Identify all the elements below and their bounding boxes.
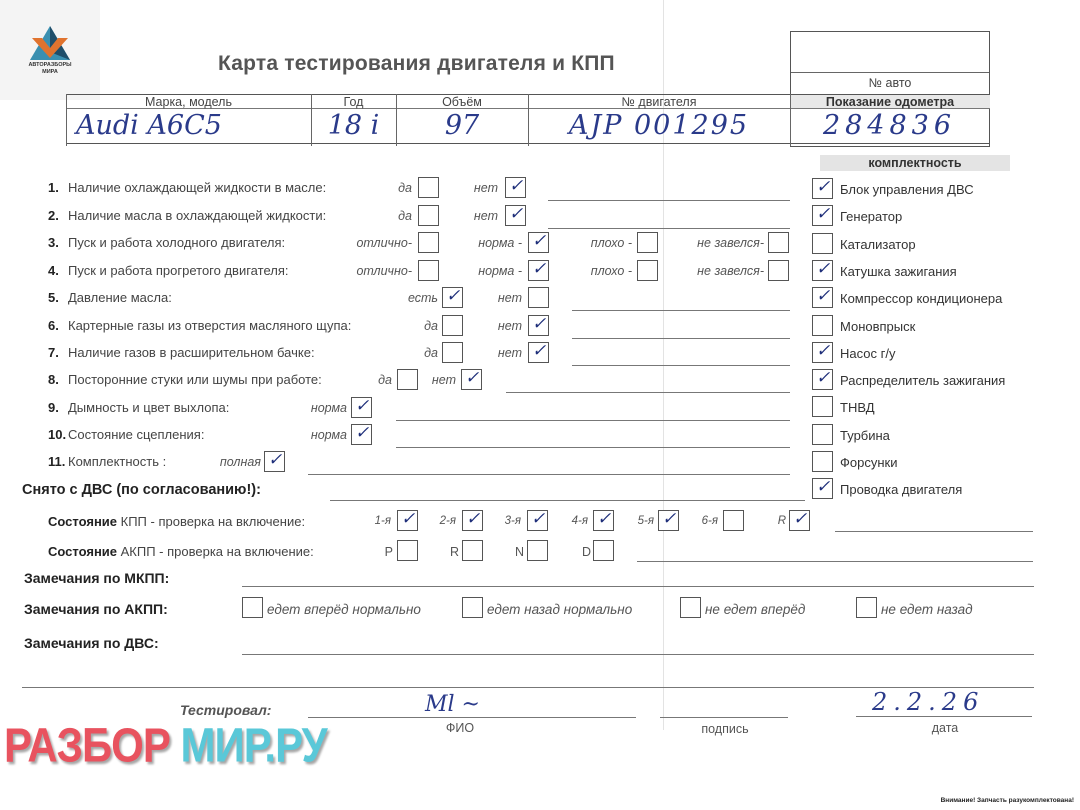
question-number: 4. <box>48 263 68 278</box>
option-checkbox[interactable]: ✓ <box>351 424 372 445</box>
signature-field[interactable] <box>660 717 788 718</box>
volume-value: 97 <box>396 109 528 144</box>
signature-label: подпись <box>690 722 760 736</box>
question-number: 5. <box>48 290 68 305</box>
check-mark-icon: ✓ <box>662 510 676 528</box>
check-mark-icon: ✓ <box>401 510 415 528</box>
date-field[interactable] <box>856 716 1032 717</box>
komplektnost-item-label: Компрессор кондиционера <box>840 291 1002 306</box>
question-text: Пуск и работа прогретого двигателя: <box>68 263 288 278</box>
akpp-remark-label: не едет назад <box>881 602 973 617</box>
question-row: 5.Давление масла: <box>48 290 172 305</box>
option-checkbox[interactable] <box>768 260 789 281</box>
gear-label: 6-я <box>702 515 718 527</box>
option-checkbox[interactable]: ✓ <box>528 342 549 363</box>
komplektnost-checkbox[interactable] <box>812 233 833 254</box>
akpp-position-label: N <box>515 545 524 559</box>
akpp-position-checkbox[interactable] <box>593 540 614 561</box>
akpp-remark-checkbox[interactable] <box>856 597 877 618</box>
akpp-remark-label: едет назад нормально <box>487 602 632 617</box>
akpp-check-label: Состояние АКПП - проверка на включение: <box>48 544 314 559</box>
question-text: Состояние сцепления: <box>68 427 204 442</box>
auto-number-label: № авто <box>791 76 989 90</box>
option-label: норма <box>311 401 347 415</box>
odometer-value: 284836 <box>790 109 990 144</box>
question-text: Дымность и цвет выхлопа: <box>68 400 229 415</box>
col-header-engine-no: № двигателя <box>528 94 790 109</box>
komplektnost-checkbox[interactable]: ✓ <box>812 287 833 308</box>
komplektnost-item-label: Проводка двигателя <box>840 482 962 497</box>
check-mark-icon: ✓ <box>268 451 282 469</box>
akpp-remarks-label: Замечания по АКПП: <box>24 601 168 617</box>
option-label: отлично- <box>356 236 412 250</box>
komplektnost-checkbox[interactable]: ✓ <box>812 478 833 499</box>
akpp-position-checkbox[interactable] <box>527 540 548 561</box>
option-label: нет <box>474 181 498 195</box>
question-row: 1.Наличие охлаждающей жидкости в масле: <box>48 180 326 195</box>
watermark-part1: РАЗБОР <box>4 718 170 772</box>
option-checkbox[interactable] <box>442 342 463 363</box>
question-row: 6.Картерные газы из отверстия масляного … <box>48 318 351 333</box>
check-mark-icon: ✓ <box>509 177 523 195</box>
option-checkbox[interactable]: ✓ <box>528 315 549 336</box>
vehicle-header-table: Марка, модель Год Объём № двигателя Пока… <box>66 94 990 146</box>
gear-checkbox[interactable]: ✓ <box>789 510 810 531</box>
check-mark-icon: ✓ <box>532 342 546 360</box>
komplektnost-checkbox[interactable]: ✓ <box>812 205 833 226</box>
option-label: нет <box>498 291 522 305</box>
question-text: Наличие газов в расширительном бачке: <box>68 345 315 360</box>
option-label: да <box>378 373 392 387</box>
question-notes-field[interactable] <box>396 420 790 421</box>
komplektnost-item-label: Турбина <box>840 428 890 443</box>
akpp-position-checkbox[interactable] <box>397 540 418 561</box>
question-text: Пуск и работа холодного двигателя: <box>68 235 285 250</box>
option-label: норма - <box>478 264 522 278</box>
check-mark-icon: ✓ <box>793 510 807 528</box>
akpp-remark-checkbox[interactable] <box>462 597 483 618</box>
komplektnost-checkbox[interactable]: ✓ <box>812 369 833 390</box>
gear-label: 3-я <box>505 515 521 527</box>
option-label: норма - <box>478 236 522 250</box>
question-notes-field[interactable] <box>506 392 790 393</box>
akpp-position-checkbox[interactable] <box>462 540 483 561</box>
tested-by-label: Тестировал: <box>180 702 271 718</box>
check-mark-icon: ✓ <box>816 342 830 360</box>
question-number: 7. <box>48 345 68 360</box>
komplektnost-item-label: Блок управления ДВС <box>840 182 974 197</box>
gear-label: R <box>778 515 786 527</box>
gear-checkbox[interactable]: ✓ <box>462 510 483 531</box>
check-mark-icon: ✓ <box>531 510 545 528</box>
question-text: Наличие масла в охлаждающей жидкости: <box>68 208 326 223</box>
komplektnost-item-label: Моновпрыск <box>840 319 915 334</box>
question-number: 9. <box>48 400 68 415</box>
question-row: 4.Пуск и работа прогретого двигателя: <box>48 263 288 278</box>
check-mark-icon: ✓ <box>446 287 460 305</box>
option-label: норма <box>311 428 347 442</box>
akpp-position-label: R <box>450 545 459 559</box>
option-checkbox[interactable] <box>637 260 658 281</box>
gear-checkbox[interactable]: ✓ <box>527 510 548 531</box>
col-header-volume: Объём <box>396 94 528 109</box>
page-title: Карта тестирования двигателя и КПП <box>218 52 615 76</box>
option-checkbox[interactable]: ✓ <box>528 232 549 253</box>
question-notes-field[interactable] <box>572 338 790 339</box>
check-mark-icon: ✓ <box>532 260 546 278</box>
option-label: есть <box>408 291 438 305</box>
gear-checkbox[interactable] <box>723 510 744 531</box>
question-number: 1. <box>48 180 68 195</box>
akpp-position-label: D <box>582 545 591 559</box>
komplektnost-checkbox[interactable] <box>812 451 833 472</box>
logo-text-line1: АВТОРАЗБОРЫ <box>0 62 100 69</box>
question-row: 9.Дымность и цвет выхлопа: <box>48 400 229 415</box>
check-mark-icon: ✓ <box>355 397 369 415</box>
col-header-year: Год <box>311 94 396 109</box>
date-label: дата <box>915 721 975 735</box>
question-text: Комплектность : <box>68 454 166 469</box>
komplektnost-title: комплектность <box>820 155 1010 171</box>
option-label: да <box>398 181 412 195</box>
mkpp-remarks-field[interactable] <box>242 586 1034 587</box>
komplektnost-item-label: Насос г/у <box>840 346 895 361</box>
question-row: 2.Наличие масла в охлаждающей жидкости: <box>48 208 326 223</box>
check-mark-icon: ✓ <box>532 232 546 250</box>
col-header-odometer: Показание одометра <box>790 94 990 109</box>
check-mark-icon: ✓ <box>509 205 523 223</box>
fio-field[interactable] <box>308 717 636 718</box>
komplektnost-checkbox[interactable]: ✓ <box>812 178 833 199</box>
col-header-model: Марка, модель <box>66 94 311 109</box>
question-row: 10.Состояние сцепления: <box>48 427 204 442</box>
logo-text-line2: МИРА <box>0 69 100 76</box>
komplektnost-checkbox[interactable]: ✓ <box>812 260 833 281</box>
komplektnost-item-label: Форсунки <box>840 455 897 470</box>
option-label: не завелся- <box>697 264 764 278</box>
option-checkbox[interactable] <box>768 232 789 253</box>
option-checkbox[interactable] <box>418 205 439 226</box>
option-checkbox[interactable]: ✓ <box>351 397 372 418</box>
option-label: да <box>398 209 412 223</box>
question-number: 10. <box>48 427 68 442</box>
question-text: Посторонние стуки или шумы при работе: <box>68 372 322 387</box>
akpp-remark-checkbox[interactable] <box>242 597 263 618</box>
option-checkbox[interactable] <box>418 232 439 253</box>
gear-label: 2-я <box>440 515 456 527</box>
option-checkbox[interactable]: ✓ <box>264 451 285 472</box>
option-label: отлично- <box>356 264 412 278</box>
question-text: Наличие охлаждающей жидкости в масле: <box>68 180 326 195</box>
engine-number-value: AJP 001295 <box>528 109 790 144</box>
removed-from-engine-field[interactable] <box>330 500 805 501</box>
question-notes-field[interactable] <box>572 310 790 311</box>
komplektnost-checkbox[interactable] <box>812 396 833 417</box>
option-label: полная <box>220 455 261 469</box>
option-checkbox[interactable]: ✓ <box>505 177 526 198</box>
gear-label: 4-я <box>572 515 588 527</box>
komplektnost-checkbox[interactable]: ✓ <box>812 342 833 363</box>
check-mark-icon: ✓ <box>816 369 830 387</box>
gear-checkbox[interactable]: ✓ <box>658 510 679 531</box>
fio-label: ФИО <box>430 721 490 735</box>
model-value: Audi A6C5 <box>66 109 311 144</box>
option-checkbox[interactable] <box>528 287 549 308</box>
check-mark-icon: ✓ <box>466 510 480 528</box>
option-checkbox[interactable] <box>418 177 439 198</box>
question-number: 11. <box>48 454 68 469</box>
removed-from-engine-label: Снято с ДВС (по согласованию!): <box>22 482 261 498</box>
gear-checkbox[interactable]: ✓ <box>397 510 418 531</box>
watermark-part2: МИР.РУ <box>181 718 327 772</box>
fio-value: Ml ~ <box>425 692 480 717</box>
mkpp-remarks-label: Замечания по МКПП: <box>24 570 169 586</box>
check-mark-icon: ✓ <box>355 424 369 442</box>
question-text: Картерные газы из отверстия масляного щу… <box>68 318 351 333</box>
gear-label: 1-я <box>375 515 391 527</box>
akpp-remark-label: не едет вперёд <box>705 602 805 617</box>
check-mark-icon: ✓ <box>816 478 830 496</box>
option-checkbox[interactable] <box>442 315 463 336</box>
kpp-notes-field[interactable] <box>835 531 1033 532</box>
kpp-check-label: Состояние КПП - проверка на включение: <box>48 514 305 529</box>
akpp-position-label: P <box>385 545 393 559</box>
question-number: 2. <box>48 208 68 223</box>
option-label: плохо - <box>591 236 632 250</box>
option-label: не завелся- <box>697 236 764 250</box>
question-row: 8.Посторонние стуки или шумы при работе: <box>48 372 322 387</box>
komplektnost-item-label: ТНВД <box>840 400 875 415</box>
date-value: 2.2.26 <box>872 688 984 716</box>
komplektnost-item-label: Генератор <box>840 209 902 224</box>
check-mark-icon: ✓ <box>816 260 830 278</box>
dvs-remarks-field[interactable] <box>242 654 1034 655</box>
question-number: 3. <box>48 235 68 250</box>
option-label: нет <box>498 319 522 333</box>
check-mark-icon: ✓ <box>816 178 830 196</box>
check-mark-icon: ✓ <box>465 369 479 387</box>
option-checkbox[interactable] <box>397 369 418 390</box>
year-value: 18 i <box>311 109 396 144</box>
logo-mountain-icon <box>28 24 72 62</box>
check-mark-icon: ✓ <box>816 287 830 305</box>
footer-warning: Внимание! Запчасть разукомплектована! <box>941 797 1074 804</box>
option-checkbox[interactable] <box>637 232 658 253</box>
komplektnost-item-label: Катализатор <box>840 237 916 252</box>
option-label: плохо - <box>591 264 632 278</box>
check-mark-icon: ✓ <box>816 205 830 223</box>
option-label: нет <box>432 373 456 387</box>
option-checkbox[interactable]: ✓ <box>461 369 482 390</box>
akpp-remark-checkbox[interactable] <box>680 597 701 618</box>
option-label: да <box>424 346 438 360</box>
question-row: 3.Пуск и работа холодного двигателя: <box>48 235 285 250</box>
gear-checkbox[interactable]: ✓ <box>593 510 614 531</box>
question-notes-field[interactable] <box>548 228 790 229</box>
question-row: 11.Комплектность : <box>48 454 166 469</box>
question-number: 8. <box>48 372 68 387</box>
option-label: нет <box>474 209 498 223</box>
akpp-notes-field[interactable] <box>637 561 1033 562</box>
komplektnost-item-label: Распределитель зажигания <box>840 373 1005 388</box>
option-checkbox[interactable]: ✓ <box>528 260 549 281</box>
akpp-remark-label: едет вперёд нормально <box>267 602 421 617</box>
company-logo: АВТОРАЗБОРЫ МИРА <box>0 0 100 100</box>
question-text: Давление масла: <box>68 290 172 305</box>
check-mark-icon: ✓ <box>532 315 546 333</box>
watermark-logo: РАЗБОР МИР.РУ <box>4 718 327 773</box>
komplektnost-item-label: Катушка зажигания <box>840 264 957 279</box>
option-checkbox[interactable] <box>418 260 439 281</box>
gear-label: 5-я <box>638 515 654 527</box>
dvs-remarks-label: Замечания по ДВС: <box>24 635 159 651</box>
option-checkbox[interactable]: ✓ <box>442 287 463 308</box>
check-mark-icon: ✓ <box>597 510 611 528</box>
question-number: 6. <box>48 318 68 333</box>
question-notes-field[interactable] <box>548 200 790 201</box>
komplektnost-checkbox[interactable] <box>812 315 833 336</box>
question-notes-field[interactable] <box>308 474 790 475</box>
option-checkbox[interactable]: ✓ <box>505 205 526 226</box>
option-label: нет <box>498 346 522 360</box>
komplektnost-checkbox[interactable] <box>812 424 833 445</box>
question-notes-field[interactable] <box>572 365 790 366</box>
question-notes-field[interactable] <box>396 447 790 448</box>
option-label: да <box>424 319 438 333</box>
question-row: 7.Наличие газов в расширительном бачке: <box>48 345 315 360</box>
